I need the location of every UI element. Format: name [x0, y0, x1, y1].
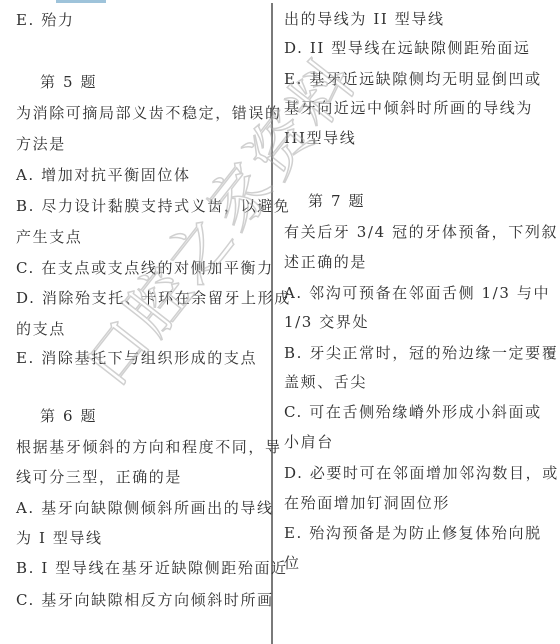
question-text-line: 线可分三型，正确的是 [16, 467, 182, 487]
question-number-heading: 第 6 题 [16, 406, 97, 426]
question-text-line: 为消除可摘局部义齿不稳定，错误的 [16, 103, 282, 123]
question-text-line: 方法是 [16, 134, 66, 154]
document-page: E. 殆力第 5 题为消除可摘局部义齿不稳定，错误的方法是A. 增加对抗平衡固位… [0, 0, 560, 644]
answer-option-line: E. 殆沟预备是为防止修复体殆向脱 [284, 523, 542, 543]
answer-option-line: 为 I 型导线 [16, 528, 103, 548]
answer-option-line: D. 必要时可在邻面增加邻沟数目，或 [284, 463, 559, 483]
answer-option-line: 的支点 [16, 319, 66, 339]
answer-option-line: A. 基牙向缺隙侧倾斜所画出的导线 [16, 498, 274, 518]
answer-option-line: E. 消除基托下与组织形成的支点 [16, 348, 257, 368]
question-number-heading: 第 7 题 [284, 191, 365, 211]
answer-option-line: B. 牙尖正常时，冠的殆边缘一定要覆 [284, 343, 558, 363]
answer-option-line: III型导线 [284, 128, 356, 148]
answer-option-line: A. 增加对抗平衡固位体 [16, 165, 191, 185]
answer-option-line: B. 尽力设计黏膜支持式义齿，以避免 [16, 196, 290, 216]
answer-option-line: 出的导线为 II 型导线 [284, 9, 445, 29]
column-divider [271, 3, 273, 644]
answer-option-line: A. 邻沟可预备在邻面舌侧 1/3 与中 [284, 283, 550, 303]
top-accent-bar [56, 0, 106, 3]
answer-option-line: C. 在支点或支点线的对侧加平衡力 [16, 258, 274, 278]
answer-option-line: 小肩台 [284, 432, 334, 452]
answer-option-line: 在殆面增加钉洞固位形 [284, 493, 450, 513]
answer-option-line: D. 消除殆支托、卡环在余留牙上形成 [16, 288, 291, 308]
answer-option-line: E. 殆力 [16, 10, 75, 30]
question-number-heading: 第 5 题 [16, 72, 97, 92]
answer-option-line: 位 [284, 553, 301, 573]
answer-option-line: D. II 型导线在远缺隙侧距殆面远 [284, 38, 530, 58]
question-text-line: 根据基牙倾斜的方向和程度不同，导 [16, 437, 282, 457]
answer-option-line: C. 基牙向缺隙相反方向倾斜时所画 [16, 590, 274, 610]
question-text-line: 述正确的是 [284, 252, 367, 272]
answer-option-line: 产生支点 [16, 227, 82, 247]
answer-option-line: 1/3 交界处 [284, 312, 369, 332]
answer-option-line: C. 可在舌侧殆缘嵴外形成小斜面或 [284, 402, 542, 422]
question-text-line: 有关后牙 3/4 冠的牙体预备，下列叙 [284, 222, 558, 242]
answer-option-line: B. I 型导线在基牙近缺隙侧距殆面近 [16, 558, 288, 578]
answer-option-line: 基牙向近远中倾斜时所画的导线为 [284, 98, 533, 118]
answer-option-line: 盖颊、舌尖 [284, 372, 367, 392]
answer-option-line: E. 基牙近远缺隙侧均无明显倒凹或 [284, 69, 542, 89]
